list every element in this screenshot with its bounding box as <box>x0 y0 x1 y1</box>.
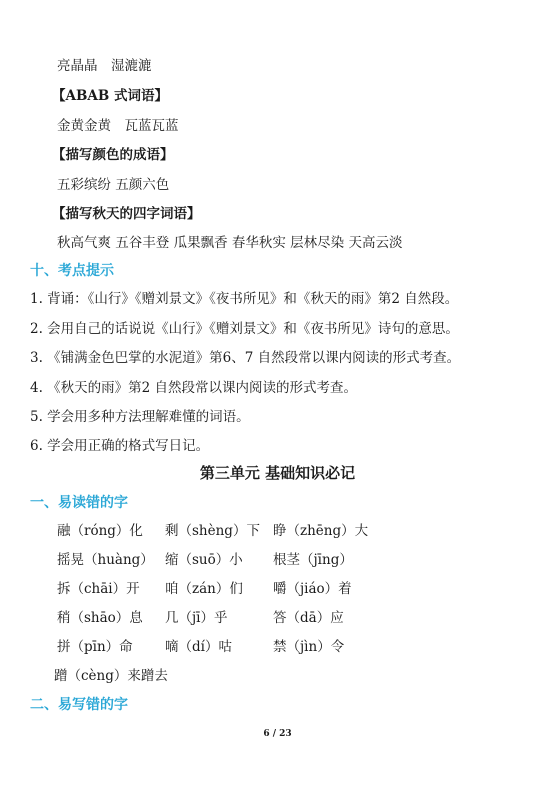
word-line: 金黄金黄 瓦蓝瓦蓝 <box>57 117 179 135</box>
word-line: 秋高气爽 五谷丰登 瓜果飘香 春华秋实 层林尽染 天高云淡 <box>57 234 402 252</box>
word-line: 亮晶晶 湿漉漉 <box>57 57 152 75</box>
pinyin-entry: 稍（shāo）息 <box>57 609 143 627</box>
pinyin-entry: 根茎（jīng） <box>273 551 353 569</box>
pinyin-entry: 嚼（jiáo）着 <box>273 580 352 598</box>
exam-point-item: 3. 《铺满金色巴掌的水泥道》第6、7 自然段常以课内阅读的形式考查。 <box>30 349 460 367</box>
section-heading-exam-points: 十、考点提示 <box>30 262 114 280</box>
pinyin-entry: 几（jī）乎 <box>165 609 228 627</box>
pinyin-entry: 蹭（cèng）来蹭去 <box>54 667 168 685</box>
section-heading-misread: 一、易读错的字 <box>30 494 128 512</box>
pinyin-entry: 咱（zán）们 <box>165 580 243 598</box>
category-label: 【描写颜色的成语】 <box>52 146 174 164</box>
exam-point-item: 5. 学会用多种方法理解难懂的词语。 <box>30 408 250 426</box>
section-heading-miswritten: 二、易写错的字 <box>30 696 128 714</box>
exam-point-item: 1. 背诵：《山行》《赠刘景文》《夜书所见》和《秋天的雨》第2 自然段。 <box>30 290 458 308</box>
exam-point-item: 6. 学会用正确的格式写日记。 <box>30 437 209 455</box>
category-label: 【描写秋天的四字词语】 <box>52 205 201 223</box>
page-number: 6 / 23 <box>0 729 555 739</box>
pinyin-entry: 睁（zhēng）大 <box>273 522 368 540</box>
exam-point-item: 4. 《秋天的雨》第2 自然段常以课内阅读的形式考查。 <box>30 379 357 397</box>
word-line: 五彩缤纷 五颜六色 <box>57 176 169 194</box>
pinyin-entry: 剩（shèng）下 <box>165 522 260 540</box>
pinyin-entry: 答（dā）应 <box>273 609 344 627</box>
exam-point-item: 2. 会用自己的话说说《山行》《赠刘景文》和《夜书所见》诗句的意思。 <box>30 320 459 338</box>
pinyin-entry: 缩（suō）小 <box>165 551 243 569</box>
unit-title: 第三单元 基础知识必记 <box>0 464 555 482</box>
pinyin-entry: 摇晃（huàng） <box>57 551 154 569</box>
category-label: 【ABAB 式词语】 <box>52 87 168 105</box>
pinyin-entry: 嘀（dí）咕 <box>165 638 232 656</box>
pinyin-entry: 拆（chāi）开 <box>57 580 140 598</box>
pinyin-entry: 禁（jìn）令 <box>273 638 344 656</box>
pinyin-entry: 拼（pīn）命 <box>57 638 133 656</box>
pinyin-entry: 融（róng）化 <box>57 522 143 540</box>
